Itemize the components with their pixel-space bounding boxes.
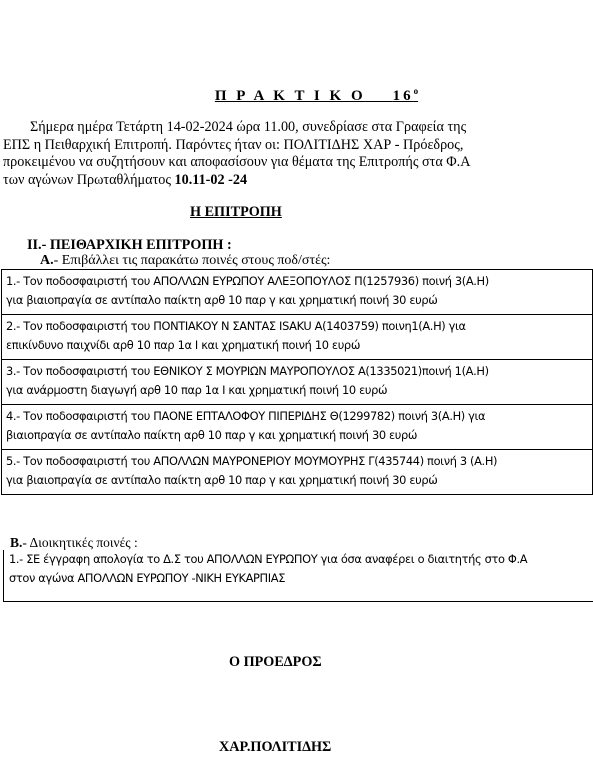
minutes-number-suffix: ο: [414, 86, 419, 96]
intro-line: Σήμερα ημέρα Τετάρτη 14-02-2024 ώρα 11.0…: [3, 119, 593, 137]
championship-dates: 10.11-02 -24: [175, 172, 248, 188]
section-b-label: Β.: [10, 535, 22, 550]
penalty-line: 1.- Τον ποδοσφαιριστή του ΑΠΟΛΛΩΝ ΕΥΡΩΠΟ…: [6, 272, 588, 291]
penalty-row: 4.- Τον ποδοσφαιριστή του ΠΑΟΝΕ ΕΠΤΑΛΟΦΟ…: [2, 405, 592, 450]
section-a-heading: Α.- Επιβάλλει τις παρακάτω ποινές στους …: [40, 253, 330, 269]
intro-line: ΕΠΣ η Πειθαρχική Επιτροπή. Παρόντες ήταν…: [3, 137, 593, 155]
disciplinary-committee-heading: ΙΙ.- ΠΕΙΘΑΡΧΙΚΗ ΕΠΙΤΡΟΠΗ :: [27, 237, 232, 254]
intro-paragraph: Σήμερα ημέρα Τετάρτη 14-02-2024 ώρα 11.0…: [3, 119, 593, 189]
section-b-heading: Β.- Διοικητικές ποινές :: [10, 535, 138, 551]
section-a-text: - Επιβάλλει τις παρακάτω ποινές στους πο…: [54, 253, 331, 268]
president-label: Ο ΠΡΟΕΔΡΟΣ: [229, 654, 322, 671]
penalty-line: επικίνδυνο παιχνίδι αρθ 10 παρ 1α Ι και …: [6, 336, 588, 355]
penalty-row: 2.- Τον ποδοσφαιριστή του ΠΟΝΤΙΑΚΟΥ Ν ΣΑ…: [2, 315, 592, 360]
penalty-line: βιαιοπραγία σε αντίπαλο παίκτη αρθ 10 πα…: [6, 426, 588, 445]
intro-line: των αγώνων Πρωταθλήματος 10.11-02 -24: [3, 172, 593, 190]
penalty-line: για ανάρμοστη διαγωγή αρθ 10 παρ 1α Ι κα…: [6, 381, 588, 400]
penalty-line: για βιαιοπραγία σε αντίπαλο παίκτη αρθ 1…: [6, 471, 588, 490]
penalty-row: 5.- Τον ποδοσφαιριστή του ΑΠΟΛΛΩΝ ΜΑΥΡΟΝ…: [2, 450, 592, 495]
signature-name: ΧΑΡ.ΠΟΛΙΤΙΔΗΣ: [219, 739, 331, 756]
title-text: Π Ρ Α Κ Τ Ι Κ Ο: [215, 88, 366, 104]
penalty-row: 1.- Τον ποδοσφαιριστή του ΑΠΟΛΛΩΝ ΕΥΡΩΠΟ…: [2, 270, 592, 315]
committee-heading: Η ΕΠΙΤΡΟΠΗ: [190, 204, 282, 221]
penalty-row: 3.- Τον ποδοσφαιριστή του ΕΘΝΙΚΟΥ Σ ΜΟΥΡ…: [2, 360, 592, 405]
penalty-line: 4.- Τον ποδοσφαιριστή του ΠΑΟΝΕ ΕΠΤΑΛΟΦΟ…: [6, 407, 588, 426]
intro-line: προκειμένου να συζητήσουν και αποφασίσου…: [3, 154, 593, 172]
penalty-line: για βιαιοπραγία σε αντίπαλο παίκτη αρθ 1…: [6, 291, 588, 310]
admin-penalty-line: στον αγώνα ΑΠΟΛΛΩΝ ΕΥΡΩΠΟΥ -ΝΙΚΗ ΕΥΚΑΡΠΙ…: [9, 569, 593, 588]
intro-line-text: των αγώνων Πρωταθλήματος: [3, 172, 175, 188]
document-title: Π Ρ Α Κ Τ Ι Κ Ο 16ο: [0, 86, 593, 105]
penalty-line: 2.- Τον ποδοσφαιριστή του ΠΟΝΤΙΑΚΟΥ Ν ΣΑ…: [6, 317, 588, 336]
section-a-label: Α.: [40, 253, 54, 268]
minutes-number: 16: [393, 88, 414, 104]
section-b-text: - Διοικητικές ποινές :: [22, 535, 137, 550]
penalty-line: 3.- Τον ποδοσφαιριστή του ΕΘΝΙΚΟΥ Σ ΜΟΥΡ…: [6, 362, 588, 381]
admin-penalty-box: 1.- ΣΕ έγγραφη απολογία το Δ.Σ του ΑΠΟΛΛ…: [3, 550, 593, 602]
penalties-table: 1.- Τον ποδοσφαιριστή του ΑΠΟΛΛΩΝ ΕΥΡΩΠΟ…: [1, 269, 593, 495]
penalty-line: 5.- Τον ποδοσφαιριστή του ΑΠΟΛΛΩΝ ΜΑΥΡΟΝ…: [6, 452, 588, 471]
admin-penalty-line: 1.- ΣΕ έγγραφη απολογία το Δ.Σ του ΑΠΟΛΛ…: [9, 550, 593, 569]
